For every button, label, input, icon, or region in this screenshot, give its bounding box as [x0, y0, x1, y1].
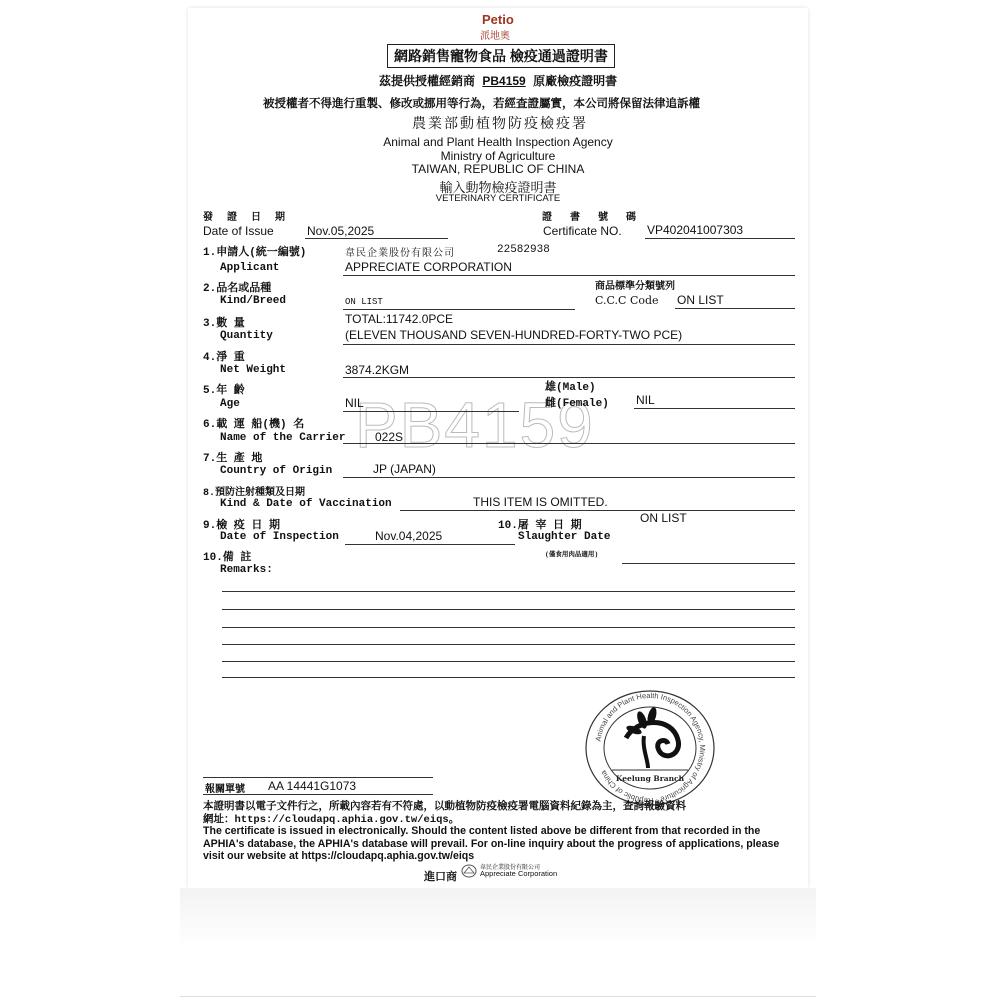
- country: TAIWAN, REPUBLIC OF CHINA: [0, 162, 996, 176]
- underline: [343, 309, 575, 310]
- ccc-value: ON LIST: [677, 293, 724, 307]
- agency-name-en: Animal and Plant Health Inspection Agenc…: [0, 135, 996, 149]
- age-value: NIL: [345, 396, 364, 410]
- origin-label-en: Country of Origin: [220, 465, 332, 477]
- underline: [343, 344, 795, 345]
- carrier-label-cn: 6.載 運 船(機) 名: [203, 415, 304, 431]
- issue-date-value: Nov.05,2025: [307, 224, 374, 238]
- male-label: 雄(Male): [545, 378, 596, 394]
- applicant-label-cn: 1.申請人(統一編號): [203, 243, 306, 259]
- remarks-label-cn: 10.備 註: [203, 548, 251, 564]
- slaughter-label-cn: 10.屠 宰 日 期: [498, 516, 582, 532]
- weight-label-en: Net Weight: [220, 364, 286, 376]
- agency-seal-icon: Animal and Plant Health Inspection Agenc…: [582, 688, 718, 808]
- vacc-value: THIS ITEM IS OMITTED.: [473, 495, 608, 509]
- underline: [222, 627, 795, 628]
- insp-label-en: Date of Inspection: [220, 531, 339, 543]
- svg-text:Animal and Plant Health Inspec: Animal and Plant Health Inspection Agenc…: [593, 691, 707, 805]
- applicant-label-en: Applicant: [220, 262, 279, 274]
- notice-cn-2: 網址：https://cloudapq.aphia.gov.tw/eiqs。: [203, 811, 459, 826]
- underline: [343, 477, 795, 478]
- underline: [645, 238, 795, 239]
- sex-value: NIL: [636, 393, 655, 407]
- authorized-prefix: 茲提供授權經銷商: [379, 74, 475, 88]
- qty-total: TOTAL:11742.0PCE: [345, 312, 453, 326]
- origin-value: JP (JAPAN): [373, 462, 436, 476]
- applicant-en: APPRECIATE CORPORATION: [345, 260, 512, 274]
- importer-label: 進口商: [424, 868, 457, 884]
- underline: [222, 661, 795, 662]
- underline: [343, 443, 795, 444]
- ministry: Ministry of Agriculture: [0, 149, 996, 163]
- insp-date-value: Nov.04,2025: [375, 529, 442, 543]
- underline: [203, 794, 433, 795]
- issue-date-label-en: Date of Issue: [203, 224, 274, 238]
- slaughter-label-en: Slaughter Date: [518, 531, 610, 543]
- importer-en: Appreciate Corporation: [480, 869, 557, 878]
- svg-text:Keelung Branch: Keelung Branch: [616, 774, 685, 783]
- age-label-cn: 5.年 齡: [203, 381, 245, 397]
- page-shadow: [180, 888, 816, 948]
- weight-label-cn: 4.淨 重: [203, 348, 245, 364]
- underline: [634, 408, 795, 409]
- doc-title: 網路銷售寵物食品 檢疫通過證明書: [387, 44, 615, 68]
- divider: [180, 996, 816, 997]
- underline: [675, 308, 795, 309]
- age-label-en: Age: [220, 398, 240, 410]
- vacc-label-en: Kind & Date of Vaccination: [220, 498, 392, 510]
- underline: [343, 411, 519, 412]
- qty-words: (ELEVEN THOUSAND SEVEN-HUNDRED-FORTY-TWO…: [345, 328, 682, 342]
- importer-logo-icon: [461, 864, 477, 878]
- underline: [622, 563, 795, 564]
- notice-en: The certificate is issued in electronica…: [203, 825, 803, 863]
- kind-value: ON LIST: [345, 297, 383, 307]
- carrier-label-en: Name of the Carrier: [220, 432, 345, 444]
- declaration-no: AA 14441G1073: [268, 779, 356, 793]
- qty-label-en: Quantity: [220, 330, 273, 342]
- cert-no-label-cn: 證 書 號 碼: [542, 208, 642, 224]
- slaughter-value: ON LIST: [640, 511, 687, 525]
- agency-name-cn: 農業部動植物防疫檢疫署: [0, 113, 1000, 133]
- cert-no-label-en: Certificate NO.: [543, 224, 622, 238]
- remarks-label-en: Remarks:: [220, 564, 273, 576]
- issue-date-label-cn: 發 證 日 期: [203, 208, 289, 224]
- authorized-line: 茲提供授權經銷商 PB4159 原廠檢疫證明書: [379, 72, 617, 89]
- female-label: 雌(Female): [545, 394, 609, 410]
- origin-label-cn: 7.生 產 地: [203, 449, 262, 465]
- cert-no-value: VP402041007303: [647, 223, 743, 237]
- warning-text: 被授權者不得進行重製、修改或挪用等行為，若經查證屬實，本公司將保留法律追訴權: [263, 95, 700, 111]
- underline: [400, 510, 795, 511]
- brand-cn: 派地奧: [480, 27, 510, 42]
- underline: [345, 544, 515, 545]
- underline: [203, 777, 433, 778]
- kind-label-en: Kind/Breed: [220, 295, 286, 307]
- qty-label-cn: 3.數 量: [203, 314, 245, 330]
- ccc-label-en: C.C.C Code: [595, 294, 659, 307]
- authorized-code: PB4159: [482, 74, 525, 88]
- insp-label-cn: 9.檢 疫 日 期: [203, 516, 280, 532]
- ccc-label-cn: 商品標準分類號列: [595, 277, 675, 293]
- applicant-id: 22582938: [497, 244, 550, 256]
- underline: [343, 275, 795, 276]
- underline: [222, 677, 795, 678]
- vacc-label-cn: 8.預防注射種類及日期: [203, 483, 305, 499]
- underline: [305, 238, 448, 239]
- underline: [222, 609, 795, 610]
- cert-title-en: VETERINARY CERTIFICATE: [0, 193, 996, 204]
- underline: [222, 644, 795, 645]
- kind-label-cn: 2.品名或品種: [203, 279, 271, 295]
- petio-logo: Petio: [482, 12, 514, 27]
- carrier-value: 022S: [375, 430, 403, 444]
- applicant-cn: 韋民企業股份有限公司: [345, 244, 455, 259]
- underline: [222, 591, 795, 592]
- slaughter-note: (僅食用肉品適用): [545, 549, 598, 558]
- weight-value: 3874.2KGM: [345, 363, 409, 377]
- authorized-suffix: 原廠檢疫證明書: [533, 74, 617, 88]
